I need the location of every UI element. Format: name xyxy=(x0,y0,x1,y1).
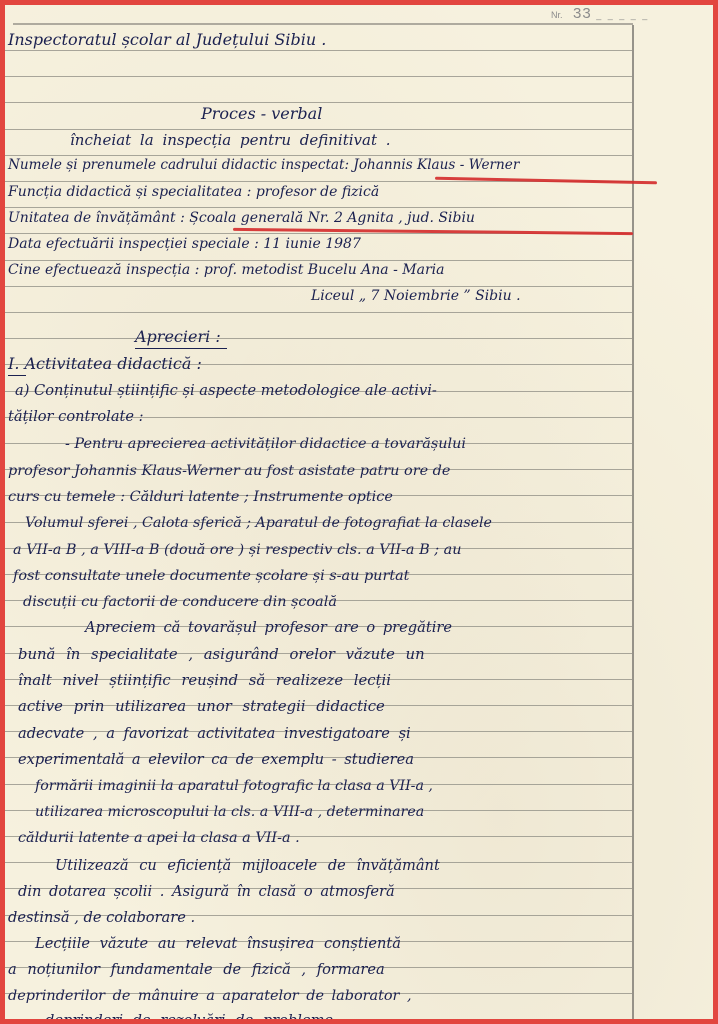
rule-line xyxy=(5,207,632,208)
field-date: Data efectuării inspecției speciale : 11… xyxy=(8,235,361,253)
field-inspector: Cine efectuează inspecția : prof. metodi… xyxy=(8,261,444,279)
body-line: formării imaginii la aparatul fotografic… xyxy=(35,777,433,795)
field-value: : 11 iunie 1987 xyxy=(254,236,361,252)
body-line: bună în specialitate , asigurând orelor … xyxy=(18,646,425,664)
field-value: : Școala generală Nr. 2 Agnita , jud. Si… xyxy=(180,210,475,226)
field-label: Numele și prenumele cadrului didactic in… xyxy=(8,157,344,173)
body-line: Apreciem că tovarășul profesor are o pre… xyxy=(85,619,452,637)
rule-line xyxy=(5,129,632,130)
top-rule xyxy=(13,23,633,25)
body-line: adecvate , a favorizat activitatea inves… xyxy=(18,725,411,743)
body-line: profesor Johannis Klaus-Werner au fost a… xyxy=(8,462,450,480)
document-subtitle: încheiat la inspecția pentru definitivat… xyxy=(70,131,391,149)
body-line: a noțiunilor fundamentale de fizică , fo… xyxy=(8,961,385,979)
body-line: înalt nivel științific reușind să realiz… xyxy=(18,672,391,690)
body-line: utilizarea microscopului la cls. a VIII-… xyxy=(35,803,424,821)
section-heading: Aprecieri : xyxy=(135,328,221,346)
document-title: Proces - verbal xyxy=(201,105,322,123)
body-line: a VII-a B , a VIII-a B (două ore ) și re… xyxy=(13,541,462,559)
body-line: curs cu temele : Călduri latente ; Instr… xyxy=(8,488,393,506)
rule-line xyxy=(5,76,632,77)
body-line: active prin utilizarea unor strategii di… xyxy=(18,698,385,716)
rule-line xyxy=(5,338,632,339)
subsection-heading: I. Activitatea didactică : xyxy=(8,355,202,373)
rule-line xyxy=(5,312,632,313)
body-line: deprinderi de rezolvări de probleme . xyxy=(45,1012,347,1019)
field-value: : profesor de fizică xyxy=(247,184,380,200)
body-line: destinsă , de colaborare . xyxy=(8,909,195,927)
body-line: - Pentru aprecierea activităților didact… xyxy=(65,435,466,453)
page-number-value: 33 xyxy=(573,5,592,22)
margin-line xyxy=(632,25,634,1019)
document-header: Inspectoratul școlar al Județului Sibiu … xyxy=(8,31,326,49)
field-value: : Johannis Klaus - Werner xyxy=(344,157,519,173)
field-label: Funcția didactică și specialitatea xyxy=(8,184,242,200)
body-line: experimentală a elevilor ca de exemplu -… xyxy=(18,751,414,769)
paragraph-heading-line-2: tăților controlate : xyxy=(8,408,144,426)
field-value: : prof. metodist Bucelu Ana - Maria xyxy=(195,262,445,278)
subsection-numeral-underline xyxy=(8,375,26,376)
field-label: Cine efectuează inspecția xyxy=(8,262,190,278)
paragraph-heading-line-1: a) Conținutul științific și aspecte meto… xyxy=(15,382,437,400)
field-label: Data efectuării inspecției speciale xyxy=(8,236,250,252)
section-heading-underline xyxy=(135,348,227,349)
body-line: fost consultate unele documente școlare … xyxy=(13,567,409,585)
body-line: deprinderilor de mânuire a aparatelor de… xyxy=(8,987,412,1005)
body-line: căldurii latente a apei la clasa a VII-a… xyxy=(18,829,300,847)
page-number-label: Nr. xyxy=(551,10,563,20)
field-school: Unitatea de învățământ : Școala generală… xyxy=(8,209,475,227)
body-line: Utilizează cu eficiență mijloacele de în… xyxy=(55,857,440,875)
field-inspector-school: Liceul „ 7 Noiembrie ” Sibiu . xyxy=(311,287,521,305)
body-line: discuții cu factorii de conducere din șc… xyxy=(23,593,337,611)
page-number: Nr. 33 _ _ _ _ _ xyxy=(551,5,649,22)
body-line: Volumul sferei , Calota sferică ; Aparat… xyxy=(25,514,492,532)
rule-line xyxy=(5,102,632,103)
rule-line xyxy=(5,50,632,51)
field-inspected-name: Numele și prenumele cadrului didactic in… xyxy=(8,156,519,174)
field-label: Unitatea de învățământ xyxy=(8,210,176,226)
body-line: din dotarea școlii . Asigură în clasă o … xyxy=(18,883,395,901)
body-line: Lecțiile văzute au relevat însușirea con… xyxy=(35,935,401,953)
document-page: Nr. 33 _ _ _ _ _ Inspectoratul școlar al… xyxy=(5,5,713,1019)
field-function: Funcția didactică și specialitatea : pro… xyxy=(8,183,379,201)
